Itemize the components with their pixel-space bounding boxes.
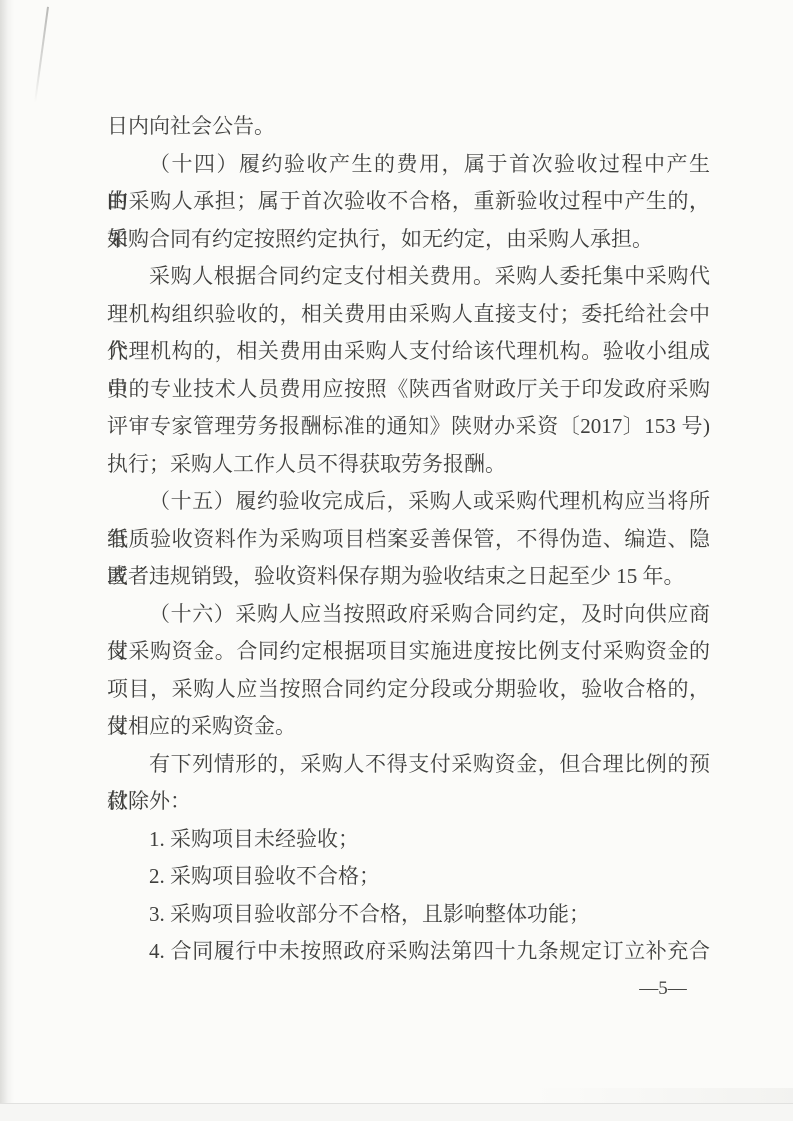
page-number: —5— xyxy=(616,977,710,1001)
doc-line: 采购人根据合同约定支付相关费用。采购人委托集中采购代 xyxy=(107,258,710,296)
paragraph-withhold-conditions: 有下列情形的，采购人不得支付采购资金，但合理比例的预付 款除外： xyxy=(107,746,710,821)
doc-line: （十六）采购人应当按照政府采购合同约定，及时向供应商支 xyxy=(107,596,710,634)
doc-line: 中的专业技术人员费用应按照《陕西省财政厅关于印发政府采购 xyxy=(107,371,710,409)
doc-line: 有下列情形的，采购人不得支付采购资金，但合理比例的预付 xyxy=(107,746,710,784)
paragraph-item-16: （十六）采购人应当按照政府采购合同约定，及时向供应商支 付采购资金。合同约定根据… xyxy=(107,596,710,746)
document-body: 日内向社会公告。 （十四）履约验收产生的费用，属于首次验收过程中产生的， 由采购… xyxy=(107,108,710,971)
doc-line: 纸质验收资料作为采购项目档案妥善保管，不得伪造、编造、隐匿 xyxy=(107,521,710,559)
paragraph-item-15: （十五）履约验收完成后，采购人或采购代理机构应当将所有 纸质验收资料作为采购项目… xyxy=(107,483,710,596)
list-item-1: 1. 采购项目未经验收； xyxy=(107,821,710,859)
doc-line: 3. 采购项目验收部分不合格，且影响整体功能； xyxy=(107,896,710,934)
doc-line: 1. 采购项目未经验收； xyxy=(107,821,710,859)
doc-line: 付采购资金。合同约定根据项目实施进度按比例支付采购资金的 xyxy=(107,633,710,671)
list-item-4: 4. 合同履行中未按照政府采购法第四十九条规定订立补充合 xyxy=(107,933,710,971)
doc-line: （十五）履约验收完成后，采购人或采购代理机构应当将所有 xyxy=(107,483,710,521)
doc-line: 评审专家管理劳务报酬标准的通知》陕财办采资〔2017〕153 号) xyxy=(107,408,710,446)
doc-line: 2. 采购项目验收不合格； xyxy=(107,858,710,896)
paragraph-payment-of-fees: 采购人根据合同约定支付相关费用。采购人委托集中采购代 理机构组织验收的，相关费用… xyxy=(107,258,710,483)
list-item-3: 3. 采购项目验收部分不合格，且影响整体功能； xyxy=(107,896,710,934)
doc-line: 由采购人承担；属于首次验收不合格，重新验收过程中产生的，如 xyxy=(107,183,710,221)
scan-scratch-line xyxy=(34,7,48,103)
doc-line: 或者违规销毁，验收资料保存期为验收结束之日起至少 15 年。 xyxy=(107,558,710,596)
doc-line: 执行；采购人工作人员不得获取劳务报酬。 xyxy=(107,446,710,484)
scan-bottom-page-edge xyxy=(0,1103,793,1121)
scan-corner-shade xyxy=(533,1088,793,1104)
list-item-2: 2. 采购项目验收不合格； xyxy=(107,858,710,896)
doc-line: 日内向社会公告。 xyxy=(107,108,710,146)
paragraph-item-14: （十四）履约验收产生的费用，属于首次验收过程中产生的， 由采购人承担；属于首次验… xyxy=(107,146,710,259)
doc-line: 款除外： xyxy=(107,783,710,821)
doc-line: 付相应的采购资金。 xyxy=(107,708,710,746)
doc-line: 4. 合同履行中未按照政府采购法第四十九条规定订立补充合 xyxy=(107,933,710,971)
scan-left-edge-shadow xyxy=(0,0,14,1121)
doc-line: 代理机构的，相关费用由采购人支付给该代理机构。验收小组成员 xyxy=(107,333,710,371)
doc-line: （十四）履约验收产生的费用，属于首次验收过程中产生的， xyxy=(107,146,710,184)
doc-line: 采购合同有约定按照约定执行，如无约定，由采购人承担。 xyxy=(107,221,710,259)
doc-line: 项目，采购人应当按照合同约定分段或分期验收，验收合格的，支 xyxy=(107,671,710,709)
doc-line: 理机构组织验收的，相关费用由采购人直接支付；委托给社会中介 xyxy=(107,296,710,334)
scanned-document-page: 日内向社会公告。 （十四）履约验收产生的费用，属于首次验收过程中产生的， 由采购… xyxy=(0,0,793,1121)
paragraph-continuation: 日内向社会公告。 xyxy=(107,108,710,146)
